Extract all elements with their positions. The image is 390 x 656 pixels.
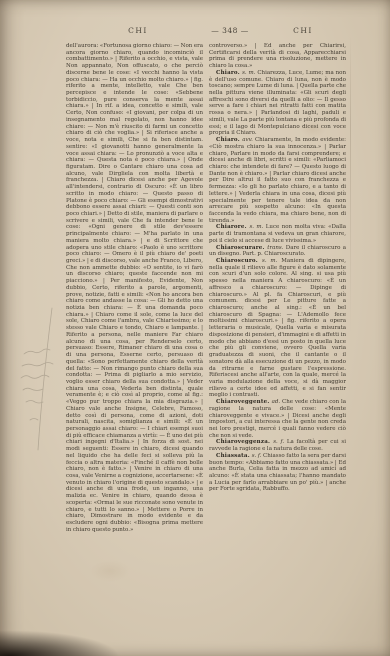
dictionary-entry: Chiaroveggente. ad. Che vede chiaro con …: [209, 399, 346, 439]
entry-pos: s. m.: [262, 258, 281, 264]
entry-pos: ad.: [272, 399, 282, 405]
entry-pos: s. m.: [249, 224, 265, 230]
dictionary-entry: Chiaroscurare. trans. Dare il chiaroscur…: [209, 245, 346, 258]
bottom-left-corner-shadow: [0, 630, 120, 656]
running-title-left: CHI: [118, 26, 158, 35]
entry-body: Che vede chiaro con la ragione la natura…: [209, 399, 346, 439]
dictionary-entry: Chiaroscuro. s. m. Maniera di dipingere,…: [209, 258, 346, 399]
entry-headword: Chiaroveggenza.: [216, 439, 273, 445]
entry-pos: s. f.: [273, 439, 287, 445]
entry-pos: s. f.: [252, 453, 263, 459]
running-title-right: CHI: [283, 26, 323, 35]
entry-continuation: dell'aurora: «Fortunosa giorno chiaro: —…: [66, 43, 203, 533]
left-column: dell'aurora: «Fortunosa giorno chiaro: —…: [66, 43, 203, 591]
entry-headword: Chiaroveggente.: [216, 399, 272, 405]
entry-continuation: controverso.» | Ed anche per Chiarirsi, …: [209, 43, 346, 70]
dictionary-entry: Chiaro. s. m. Chiarezza, Luce, Lume; ma …: [209, 70, 346, 137]
entry-body: Chiaramente, In modo evidente: «Ciò most…: [209, 137, 346, 224]
dictionary-entry: Chiaroveggenza. s. f. La facoltà per cui…: [209, 439, 346, 452]
text-block: dell'aurora: «Fortunosa giorno chiaro: —…: [66, 43, 347, 591]
page-number: — 348 —: [188, 26, 272, 35]
dictionary-entry: Chiassata. s. f. Chiasso fatto la sera p…: [209, 453, 346, 493]
page-fold-line: [350, 36, 351, 336]
right-column-entries: Chiaro. s. m. Chiarezza, Luce, Lume; ma …: [209, 70, 346, 493]
entry-pos: s. m.: [242, 70, 257, 76]
entry-headword: Chiaroscurare.: [216, 245, 267, 251]
scanned-dictionary-page: CHI — 348 — CHI dell'aurora: «Fortunosa …: [0, 0, 390, 656]
entry-body: Chiasso fatto la sera per darsi buon tem…: [209, 453, 346, 493]
entry-pos: trans.: [267, 245, 286, 251]
entry-headword: Chiarore.: [216, 224, 249, 230]
entry-headword: Chiaro.: [216, 137, 242, 143]
entry-headword: Chiaroscuro.: [216, 258, 262, 264]
entry-pos: avv.: [242, 137, 255, 143]
entry-body: Chiarezza, Luce, Lume; ma non è dell'uso…: [209, 70, 346, 136]
dictionary-entry: Chiarore. s. m. Luce non molta viva: «Da…: [209, 224, 346, 244]
right-column: controverso.» | Ed anche per Chiarirsi, …: [209, 43, 346, 591]
entry-headword: Chiassata.: [216, 453, 252, 459]
pencil-scribble-marginalia-icon: [18, 300, 70, 490]
entry-body: Maniera di dipingere, nella quale il ril…: [209, 258, 346, 398]
dictionary-entry: Chiaro. avv. Chiaramente, In modo eviden…: [209, 137, 346, 224]
entry-headword: Chiaro.: [216, 70, 242, 76]
page-header: CHI — 348 — CHI: [0, 26, 390, 38]
